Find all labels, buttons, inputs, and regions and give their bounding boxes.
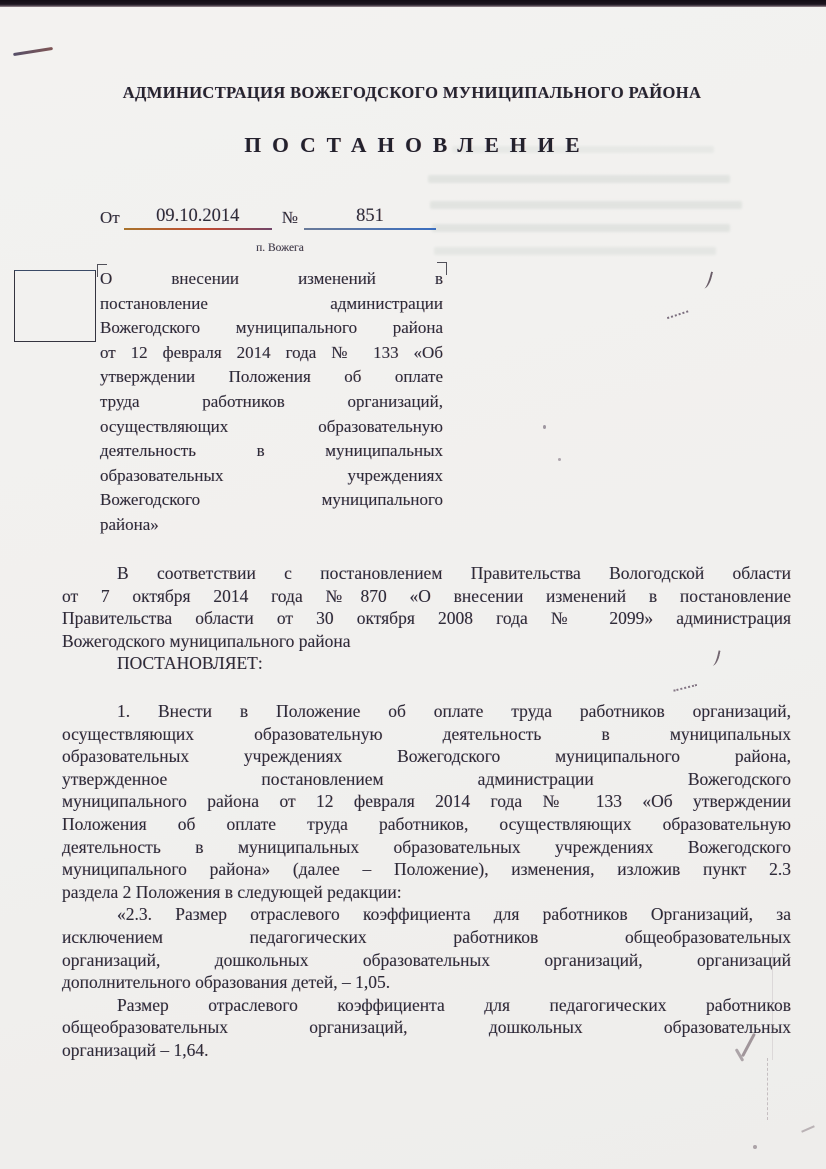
number-value: 851 <box>304 206 436 230</box>
subject-line: района» <box>100 513 443 538</box>
paragraph: 1. Внести в Положение об оплате труда ра… <box>62 700 791 903</box>
subject-line: от 12 февраля 2014 года № 133 «Об <box>100 341 443 366</box>
body-line: Правительства области от 30 октября 2008… <box>62 607 791 630</box>
ink-speck <box>558 458 561 461</box>
fold-line <box>767 1058 770 1120</box>
stamp-placeholder-box <box>14 270 96 342</box>
fold-line <box>772 940 773 1060</box>
body-line: Вожегодского муниципального района <box>62 630 791 653</box>
pen-mark <box>13 47 53 56</box>
body-line: муниципального района от 12 февраля 2014… <box>62 790 791 813</box>
body-line: организаций, дошкольных образовательных … <box>62 949 791 972</box>
body-line: от 7 октября 2014 года №870 «О внесении … <box>62 585 791 608</box>
ink-mark <box>664 300 689 319</box>
body-text: В соответствии с постановлением Правител… <box>62 562 791 1061</box>
body-line: организаций – 1,64. <box>62 1039 791 1062</box>
body-line: образовательных учреждениях Вожегодского… <box>62 745 791 768</box>
paragraph: Размер отраслевого коэффициента для педа… <box>62 994 791 1062</box>
body-line: исключением педагогических работников об… <box>62 926 791 949</box>
body-line: «2.3. Размер отраслевого коэффициента дл… <box>62 903 791 926</box>
ghost-text-line <box>432 224 730 232</box>
subject-line: утверждении Положения об оплате <box>100 365 443 390</box>
date-number-row: От09.10.2014№851 <box>100 206 436 230</box>
body-line: общеобразовательных организаций, дошколь… <box>62 1016 791 1039</box>
organization-name: АДМИНИСТРАЦИЯ ВОЖЕГОДСКОГО МУНИЦИПАЛЬНОГ… <box>62 83 762 103</box>
place-name: п. Вожега <box>180 242 380 254</box>
subject-line: Вожегодского муниципального района <box>100 316 443 341</box>
subject-line: деятельность в муниципальных <box>100 439 443 464</box>
pen-mark <box>801 1125 815 1133</box>
document-page: АДМИНИСТРАЦИЯ ВОЖЕГОДСКОГО МУНИЦИПАЛЬНОГ… <box>0 0 826 1169</box>
ghost-text-line <box>430 201 742 209</box>
body-line: деятельность в муниципальных образовател… <box>62 836 791 859</box>
subject-line: осуществляющих образовательную <box>100 415 443 440</box>
body-line: 1. Внести в Положение об оплате труда ра… <box>62 700 791 723</box>
ghost-text-line <box>434 247 716 255</box>
subject-line: О внесении изменений в <box>100 267 443 292</box>
body-line: В соответствии с постановлением Правител… <box>62 562 791 585</box>
subject-line: образовательных учреждениях <box>100 464 443 489</box>
ink-speck <box>543 425 546 429</box>
scan-edge-band <box>0 0 826 7</box>
subject-line: Вожегодского муниципального <box>100 488 443 513</box>
body-line: раздела 2 Положения в следующей редакции… <box>62 881 791 904</box>
body-line: муниципального района» (далее – Положени… <box>62 858 791 881</box>
subject-line: труда работников организаций, <box>100 390 443 415</box>
body-line: Положения об оплате труда работников, ос… <box>62 813 791 836</box>
body-line: ПОСТАНОВЛЯЕТ: <box>62 652 791 675</box>
subject-line: постановление администрации <box>100 292 443 317</box>
number-label: № <box>282 208 298 230</box>
body-line: дополнительного образования детей, – 1,0… <box>62 971 791 994</box>
paragraph: «2.3. Размер отраслевого коэффициента дл… <box>62 903 791 993</box>
date-label: От <box>100 208 120 230</box>
ink-speck <box>753 1145 757 1149</box>
paragraph: ПОСТАНОВЛЯЕТ: <box>62 652 791 675</box>
body-line: Размер отраслевого коэффициента для педа… <box>62 994 791 1017</box>
subject-block: О внесении изменений впостановление адми… <box>100 267 443 538</box>
ink-mark <box>703 271 713 290</box>
ghost-text-line <box>428 175 730 183</box>
document-type-title: ПОСТАНОВЛЕНИЕ <box>62 133 762 158</box>
body-line: утвержденное постановлением администраци… <box>62 768 791 791</box>
body-line: осуществляющих образовательную деятельно… <box>62 723 791 746</box>
paragraph: В соответствии с постановлением Правител… <box>62 562 791 652</box>
date-value: 09.10.2014 <box>124 206 272 230</box>
